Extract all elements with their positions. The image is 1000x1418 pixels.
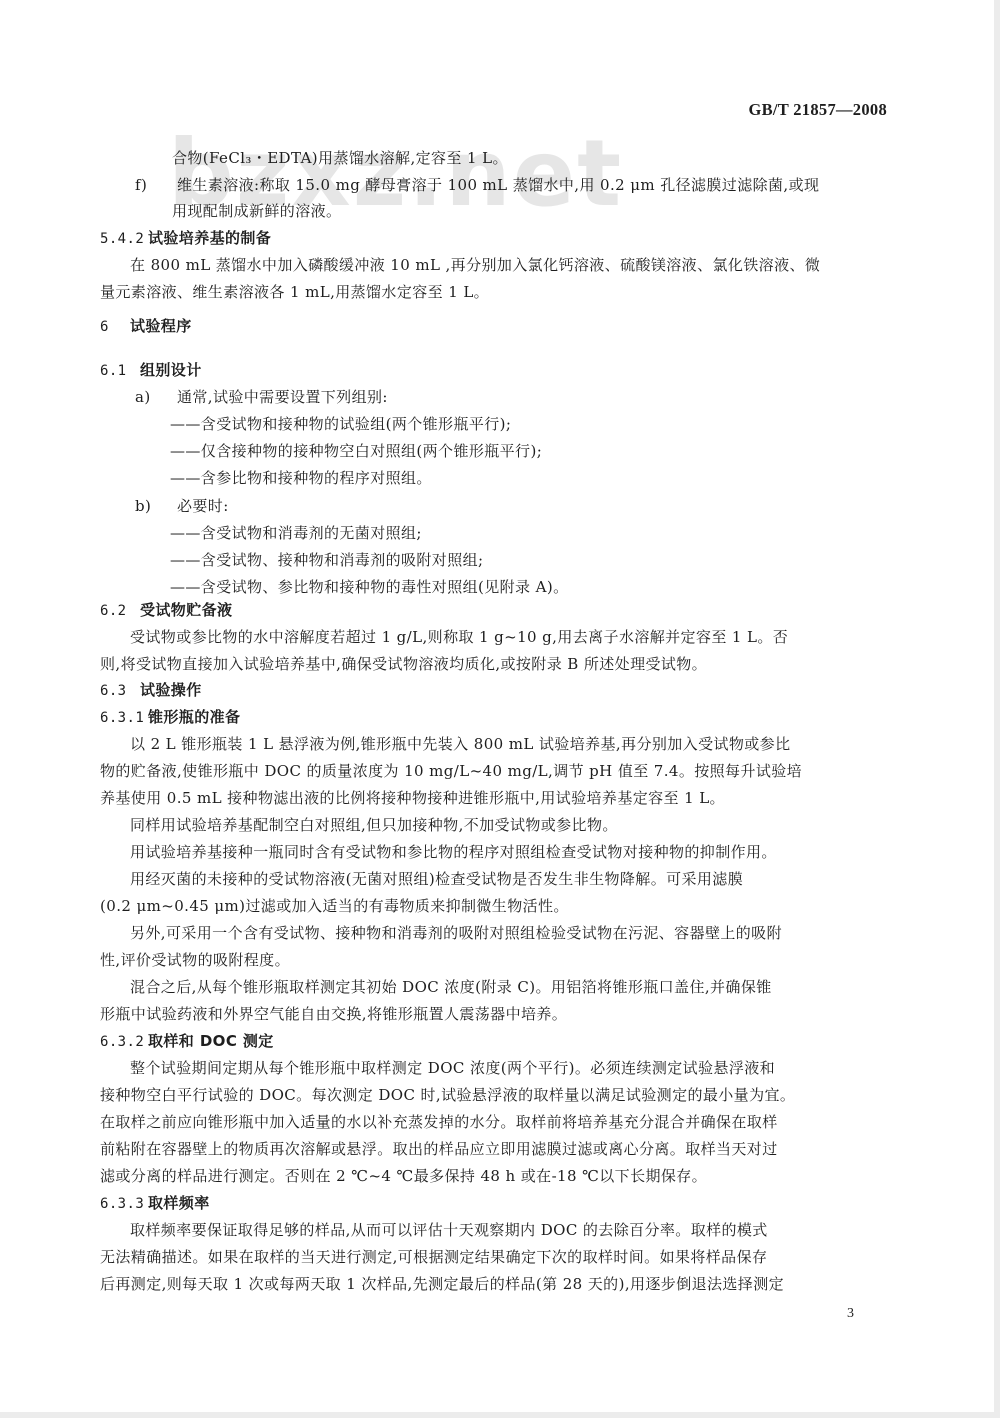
section-heading-6-1: 6.1组别设计 <box>100 360 202 381</box>
list-item-b-text: 必要时: <box>177 497 229 515</box>
section-heading-6-2: 6.2受试物贮备液 <box>100 600 232 621</box>
page-edge-shadow-bottom <box>0 1412 1000 1418</box>
sub-list-item: ——含受试物、参比物和接种物的毒性对照组(见附录 A)。 <box>170 577 569 597</box>
section-number: 6.3 <box>100 681 140 701</box>
paragraph-line: 前粘附在容器壁上的物质再次溶解或悬浮。取出的样品应立即用滤膜过滤或离心分离。取样… <box>100 1139 778 1159</box>
paragraph-line: 养基使用 0.5 mL 接种物滤出液的比例将接种物接种进锥形瓶中,用试验培养基定… <box>100 788 725 808</box>
section-number: 6.1 <box>100 361 140 381</box>
sub-list-item: ——含参比物和接种物的程序对照组。 <box>170 468 432 488</box>
section-heading-6-3-3: 6.3.3取样频率 <box>100 1193 210 1214</box>
section-heading-6-3: 6.3试验操作 <box>100 680 202 701</box>
section-number: 6.2 <box>100 601 140 621</box>
list-item-b: b)必要时: <box>135 496 229 516</box>
paragraph-line: 受试物或参比物的水中溶解度若超过 1 g/L,则称取 1 g~10 g,用去离子… <box>130 627 788 647</box>
section-title: 受试物贮备液 <box>140 601 232 619</box>
section-title: 取样和 DOC 测定 <box>148 1032 274 1050</box>
section-title: 试验培养基的制备 <box>148 229 271 247</box>
list-tag-f: f) <box>135 175 177 195</box>
section-number: 5.4.2 <box>100 229 148 249</box>
section-title: 取样频率 <box>148 1194 210 1212</box>
list-item-f: f)维生素溶液:称取 15.0 mg 酵母膏溶于 100 mL 蒸馏水中,用 0… <box>135 175 819 195</box>
section-number: 6.3.2 <box>100 1032 148 1052</box>
sub-list-item: ——含受试物和接种物的试验组(两个锥形瓶平行); <box>170 414 511 434</box>
paragraph-line: 用试验培养基接种一瓶同时含有受试物和参比物的程序对照组检查受试物对接种物的抑制作… <box>130 842 777 862</box>
section-title: 试验操作 <box>140 681 202 699</box>
paragraph-line: (0.2 μm~0.45 μm)过滤或加入适当的有毒物质来抑制微生物活性。 <box>100 896 569 916</box>
section-heading-6-3-2: 6.3.2取样和 DOC 测定 <box>100 1031 274 1052</box>
list-item-e-tail: 合物(FeCl₃・EDTA)用蒸馏水溶解,定容至 1 L。 <box>172 148 508 168</box>
paragraph-line: 在 800 mL 蒸馏水中加入磷酸缓冲液 10 mL ,再分别加入氯化钙溶液、硫… <box>130 255 820 275</box>
section-number: 6 <box>100 317 130 337</box>
paragraph-line: 形瓶中试验药液和外界空气能自由交换,将锥形瓶置人震荡器中培养。 <box>100 1004 567 1024</box>
section-number: 6.3.1 <box>100 708 148 728</box>
paragraph-line: 物的贮备液,使锥形瓶中 DOC 的质量浓度为 10 mg/L~40 mg/L,调… <box>100 761 802 781</box>
list-item-a-text: 通常,试验中需要设置下列组别: <box>177 388 388 406</box>
paragraph-line: 整个试验期间定期从每个锥形瓶中取样测定 DOC 浓度(两个平行)。必须连续测定试… <box>130 1058 775 1078</box>
paragraph-line: 量元素溶液、维生素溶液各 1 mL,用蒸馏水定容至 1 L。 <box>100 282 489 302</box>
paragraph-line: 取样频率要保证取得足够的样品,从而可以评估十天观察期内 DOC 的去除百分率。取… <box>130 1220 768 1240</box>
list-item-f-text: 维生素溶液:称取 15.0 mg 酵母膏溶于 100 mL 蒸馏水中,用 0.2… <box>177 176 819 194</box>
standard-number-header: GB/T 21857—2008 <box>748 100 887 120</box>
paragraph-line: 混合之后,从每个锥形瓶取样测定其初始 DOC 浓度(附录 C)。用铝箔将锥形瓶口… <box>130 977 772 997</box>
paragraph-line: 后再测定,则每天取 1 次或每两天取 1 次样品,先测定最后的样品(第 28 天… <box>100 1274 784 1294</box>
list-item-a: a)通常,试验中需要设置下列组别: <box>135 387 388 407</box>
list-tag-b: b) <box>135 496 177 516</box>
list-item-f-cont: 用现配制成新鲜的溶液。 <box>172 201 341 221</box>
paragraph-line: 以 2 L 锥形瓶装 1 L 悬浮液为例,锥形瓶中先装入 800 mL 试验培养… <box>130 734 790 754</box>
list-tag-a: a) <box>135 387 177 407</box>
paragraph-line: 在取样之前应向锥形瓶中加入适量的水以补充蒸发掉的水分。取样前将培养基充分混合并确… <box>100 1112 778 1132</box>
paragraph-line: 同样用试验培养基配制空白对照组,但只加接种物,不加受试物或参比物。 <box>130 815 618 835</box>
section-title: 试验程序 <box>130 317 192 335</box>
paragraph-line: 用经灭菌的未接种的受试物溶液(无菌对照组)检查受试物是否发生非生物降解。可采用滤… <box>130 869 743 889</box>
paragraph-line: 另外,可采用一个含有受试物、接种物和消毒剂的吸附对照组检验受试物在污泥、容器壁上… <box>130 923 782 943</box>
paragraph-line: 则,将受试物直接加入试验培养基中,确保受试物溶液均质化,或按附录 B 所述处理受… <box>100 654 707 674</box>
section-title: 锥形瓶的准备 <box>148 708 240 726</box>
section-heading-5-4-2: 5.4.2试验培养基的制备 <box>100 228 271 249</box>
paragraph-line: 无法精确描述。如果在取样的当天进行测定,可根据测定结果确定下次的取样时间。如果将… <box>100 1247 767 1267</box>
paragraph-line: 性,评价受试物的吸附程度。 <box>100 950 290 970</box>
section-heading-6-3-1: 6.3.1锥形瓶的准备 <box>100 707 240 728</box>
sub-list-item: ——仅含接种物的接种物空白对照组(两个锥形瓶平行); <box>170 441 542 461</box>
section-title: 组别设计 <box>140 361 202 379</box>
section-number: 6.3.3 <box>100 1194 148 1214</box>
sub-list-item: ——含受试物和消毒剂的无菌对照组; <box>170 523 422 543</box>
page-edge-shadow-right <box>994 0 1000 1418</box>
paragraph-line: 滤或分离的样品进行测定。否则在 2 ℃~4 ℃最多保持 48 h 或在-18 ℃… <box>100 1166 707 1186</box>
section-heading-6: 6试验程序 <box>100 316 192 337</box>
sub-list-item: ——含受试物、接种物和消毒剂的吸附对照组; <box>170 550 483 570</box>
paragraph-line: 接种物空白平行试验的 DOC。每次测定 DOC 时,试验悬浮液的取样量以满足试验… <box>100 1085 795 1105</box>
page-number: 3 <box>847 1306 854 1322</box>
